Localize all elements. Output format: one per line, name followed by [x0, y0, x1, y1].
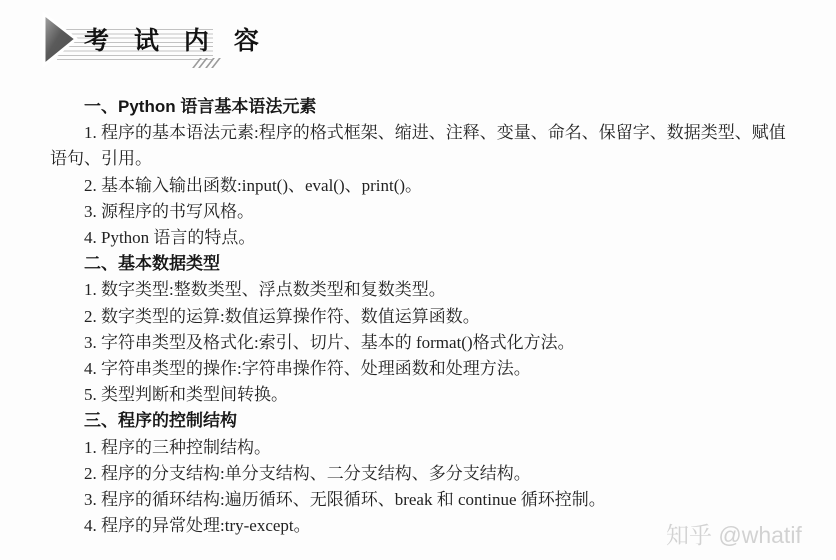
- content-line: 2. 程序的分支结构:单分支结构、二分支结构、多分支结构。: [50, 461, 810, 487]
- content-line: 3. 字符串类型及格式化:索引、切片、基本的 format()格式化方法。: [50, 330, 810, 356]
- section-heading: 一、Python 语言基本语法元素: [50, 94, 810, 120]
- content-line: 语句、引用。: [50, 146, 810, 172]
- banner-arrow-icon: [42, 12, 80, 68]
- content-line: 2. 数字类型的运算:数值运算操作符、数值运算函数。: [50, 304, 810, 330]
- content-line: 3. 程序的循环结构:遍历循环、无限循环、break 和 continue 循环…: [50, 487, 810, 513]
- content-line: 4. Python 语言的特点。: [50, 225, 810, 251]
- content-line: 2. 基本输入输出函数:input()、eval()、print()。: [50, 173, 810, 199]
- exam-content-list: 一、Python 语言基本语法元素1. 程序的基本语法元素:程序的格式框架、缩进…: [50, 94, 810, 539]
- banner-title: 考 试 内 容: [84, 21, 268, 57]
- banner-slashes-icon: [196, 58, 218, 68]
- section-banner: 考 试 内 容: [0, 0, 300, 80]
- document-page: 考 试 内 容 一、Python 语言基本语法元素1. 程序的基本语法元素:程序…: [0, 0, 836, 560]
- content-line: 3. 源程序的书写风格。: [50, 199, 810, 225]
- content-line: 1. 数字类型:整数类型、浮点数类型和复数类型。: [50, 277, 810, 303]
- content-line: 1. 程序的基本语法元素:程序的格式框架、缩进、注释、变量、命名、保留字、数据类…: [50, 120, 810, 146]
- section-heading: 二、基本数据类型: [50, 251, 810, 277]
- content-line: 5. 类型判断和类型间转换。: [50, 382, 810, 408]
- watermark: 知乎 @whatif: [666, 517, 802, 550]
- section-heading: 三、程序的控制结构: [50, 408, 810, 434]
- content-line: 4. 字符串类型的操作:字符串操作符、处理函数和处理方法。: [50, 356, 810, 382]
- content-line: 1. 程序的三种控制结构。: [50, 435, 810, 461]
